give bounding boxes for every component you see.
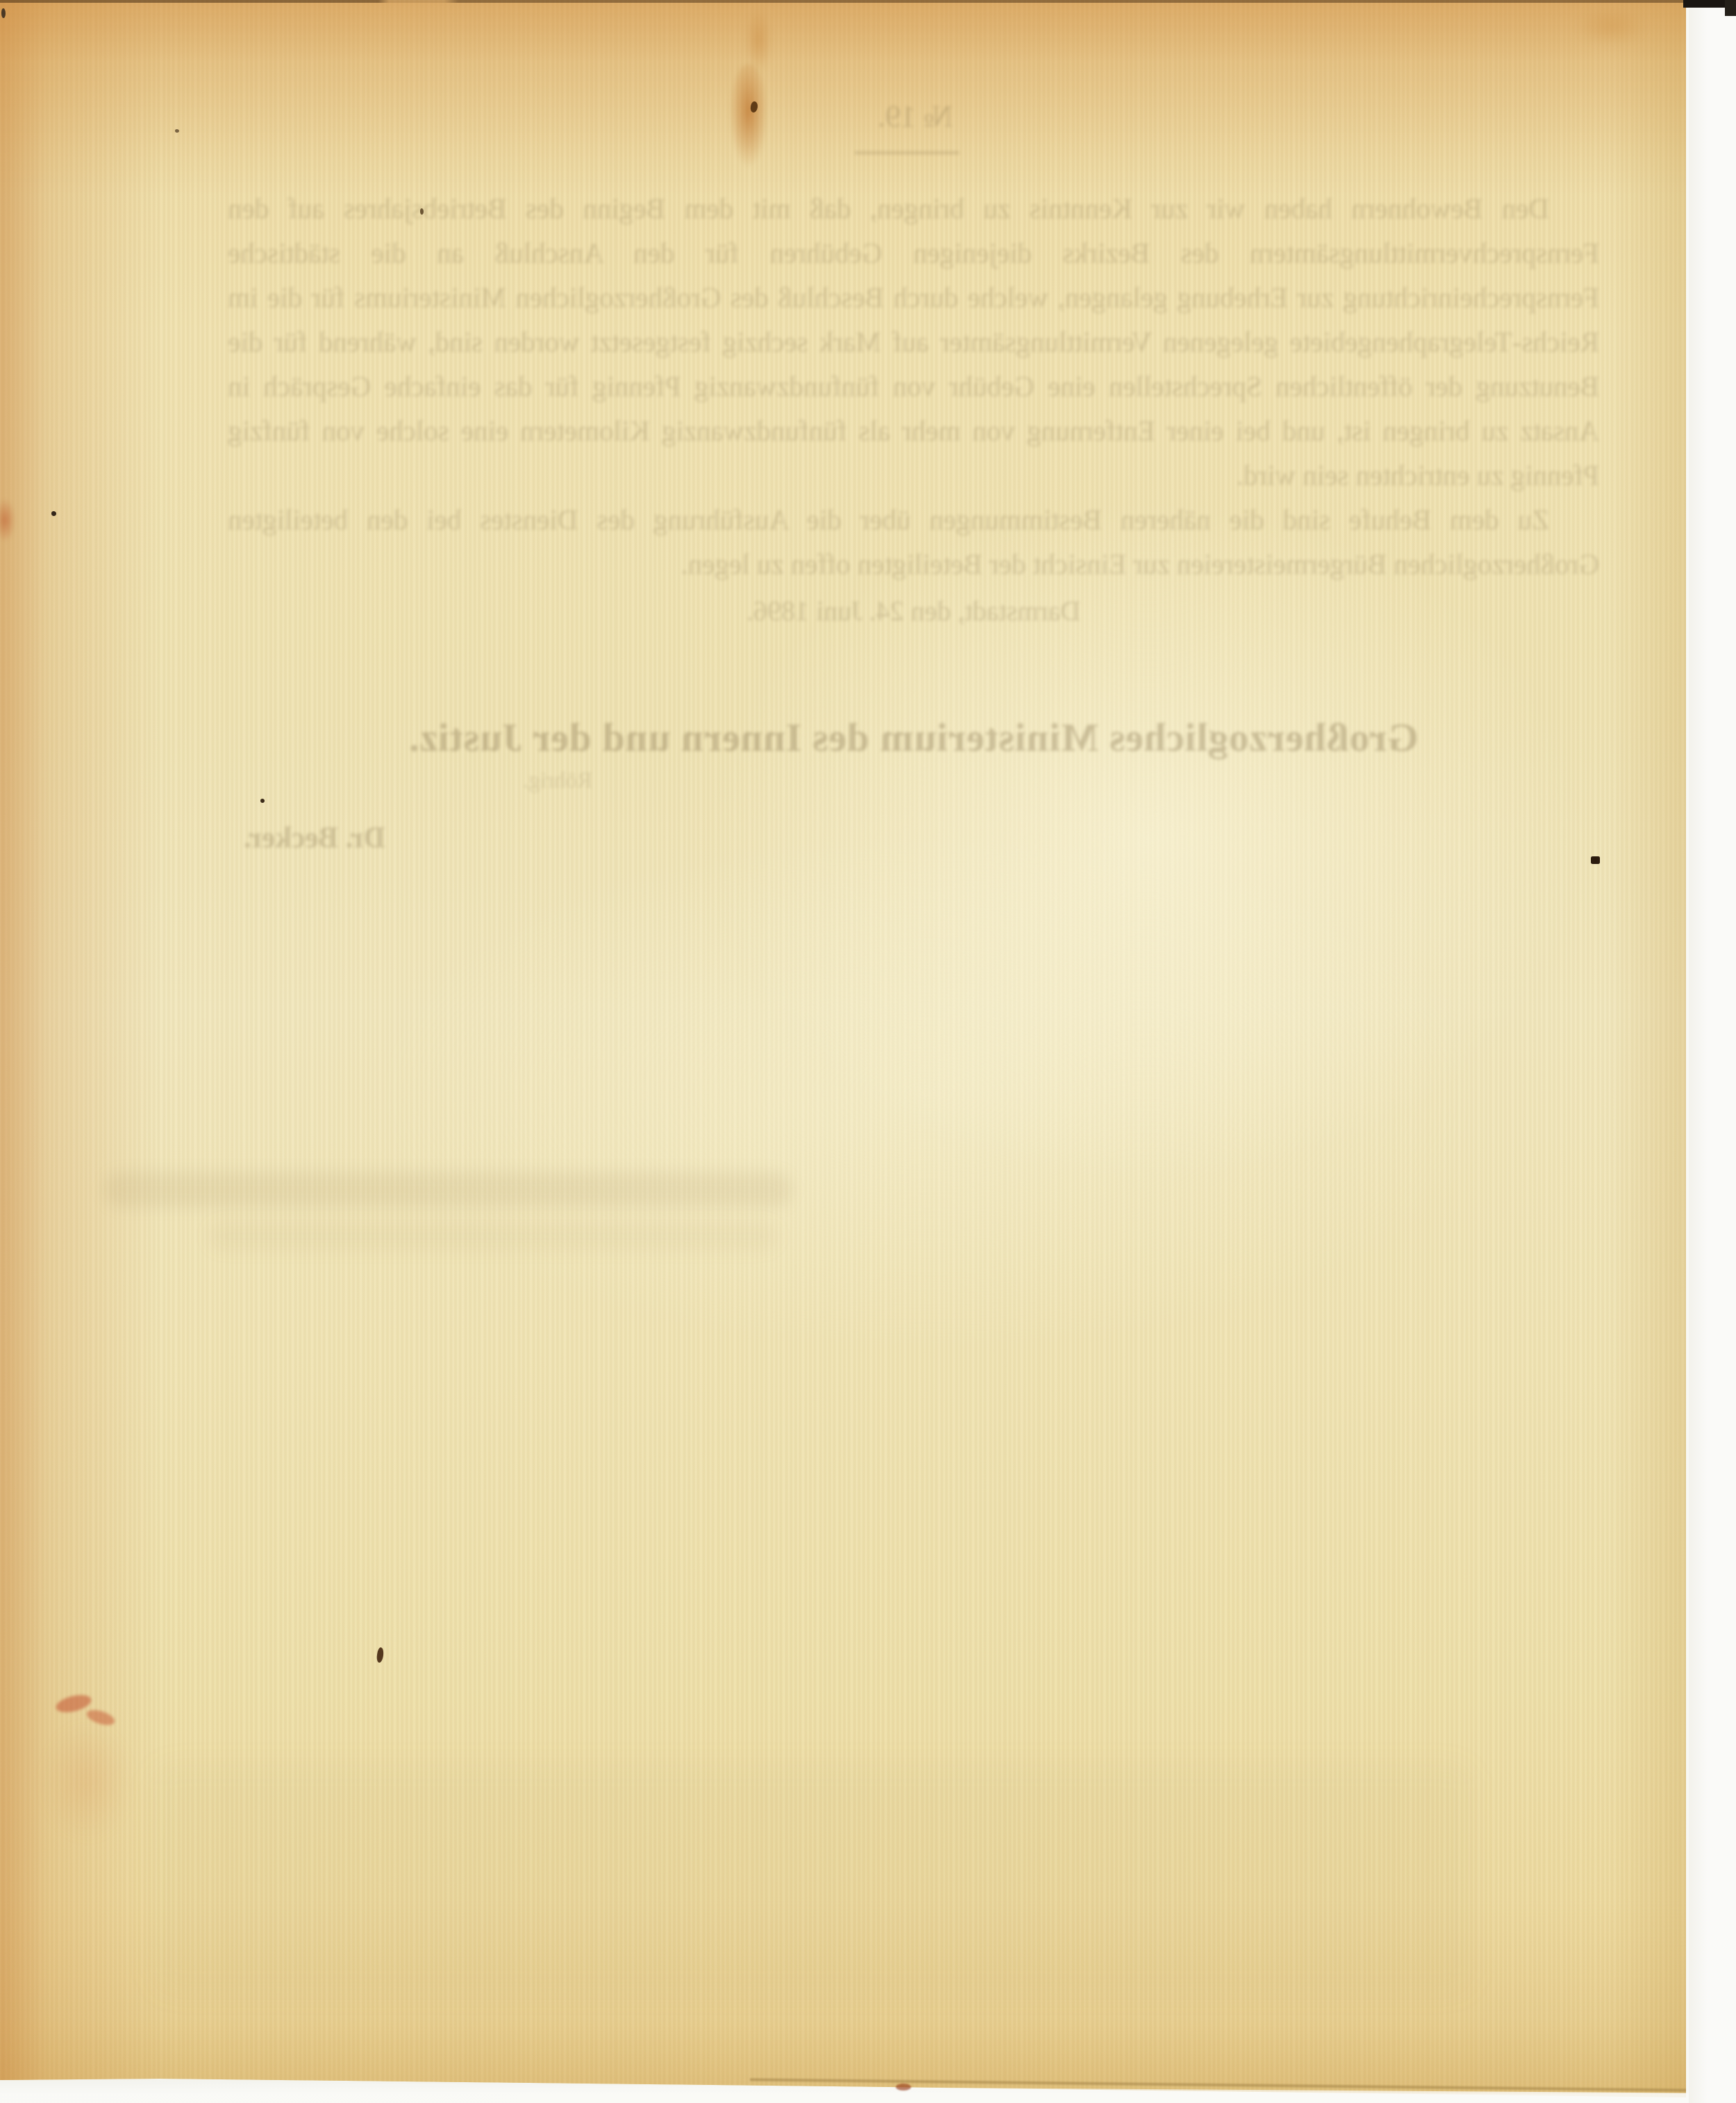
faint-showthrough-band — [104, 1172, 792, 1207]
dark-speck — [260, 799, 265, 803]
rust-speck-bottom — [896, 2084, 911, 2090]
dark-speck — [1591, 856, 1600, 864]
dark-speck — [420, 208, 424, 215]
ghost-issue-rule — [855, 151, 959, 154]
rust-smudge-top-right — [1576, 6, 1646, 46]
ghost-signature: Dr. Becker. — [221, 821, 408, 855]
ghost-small-word: Röhrig. — [502, 768, 613, 794]
rust-stain-top-center-tail — [744, 7, 772, 73]
ghost-issue-number: № 19. — [811, 99, 1019, 134]
rust-stain-top-center — [729, 64, 768, 168]
faint-showthrough-band — [208, 1222, 778, 1250]
ghost-dateline: Darmstadt, den 24. Juni 1896. — [228, 595, 1599, 627]
orange-smear-bottom-left — [42, 1722, 132, 1840]
scan-top-edge-artifact — [0, 0, 1736, 3]
ghost-ministry-heading: Großherzogliches Ministerium des Innern … — [228, 715, 1599, 760]
scanned-page: № 19. Den Bewohnern haben wir zur Kenntn… — [0, 0, 1736, 2103]
dark-speck — [1, 8, 6, 18]
ghost-paragraph-2: Zu dem Behufe sind die näheren Bestimmun… — [228, 497, 1599, 586]
dark-speck — [175, 129, 179, 133]
paper-sheet: № 19. Den Bewohnern haben wir zur Kenntn… — [0, 0, 1689, 2103]
scan-corner-artifact-top-right-small — [1725, 0, 1736, 16]
scanner-bed-right-strip — [1689, 8, 1736, 2103]
dark-speck — [51, 511, 56, 516]
ghost-paragraph-1: Den Bewohnern haben wir zur Kenntnis zu … — [228, 186, 1599, 497]
faint-showthrough-area — [153, 1764, 1472, 1993]
